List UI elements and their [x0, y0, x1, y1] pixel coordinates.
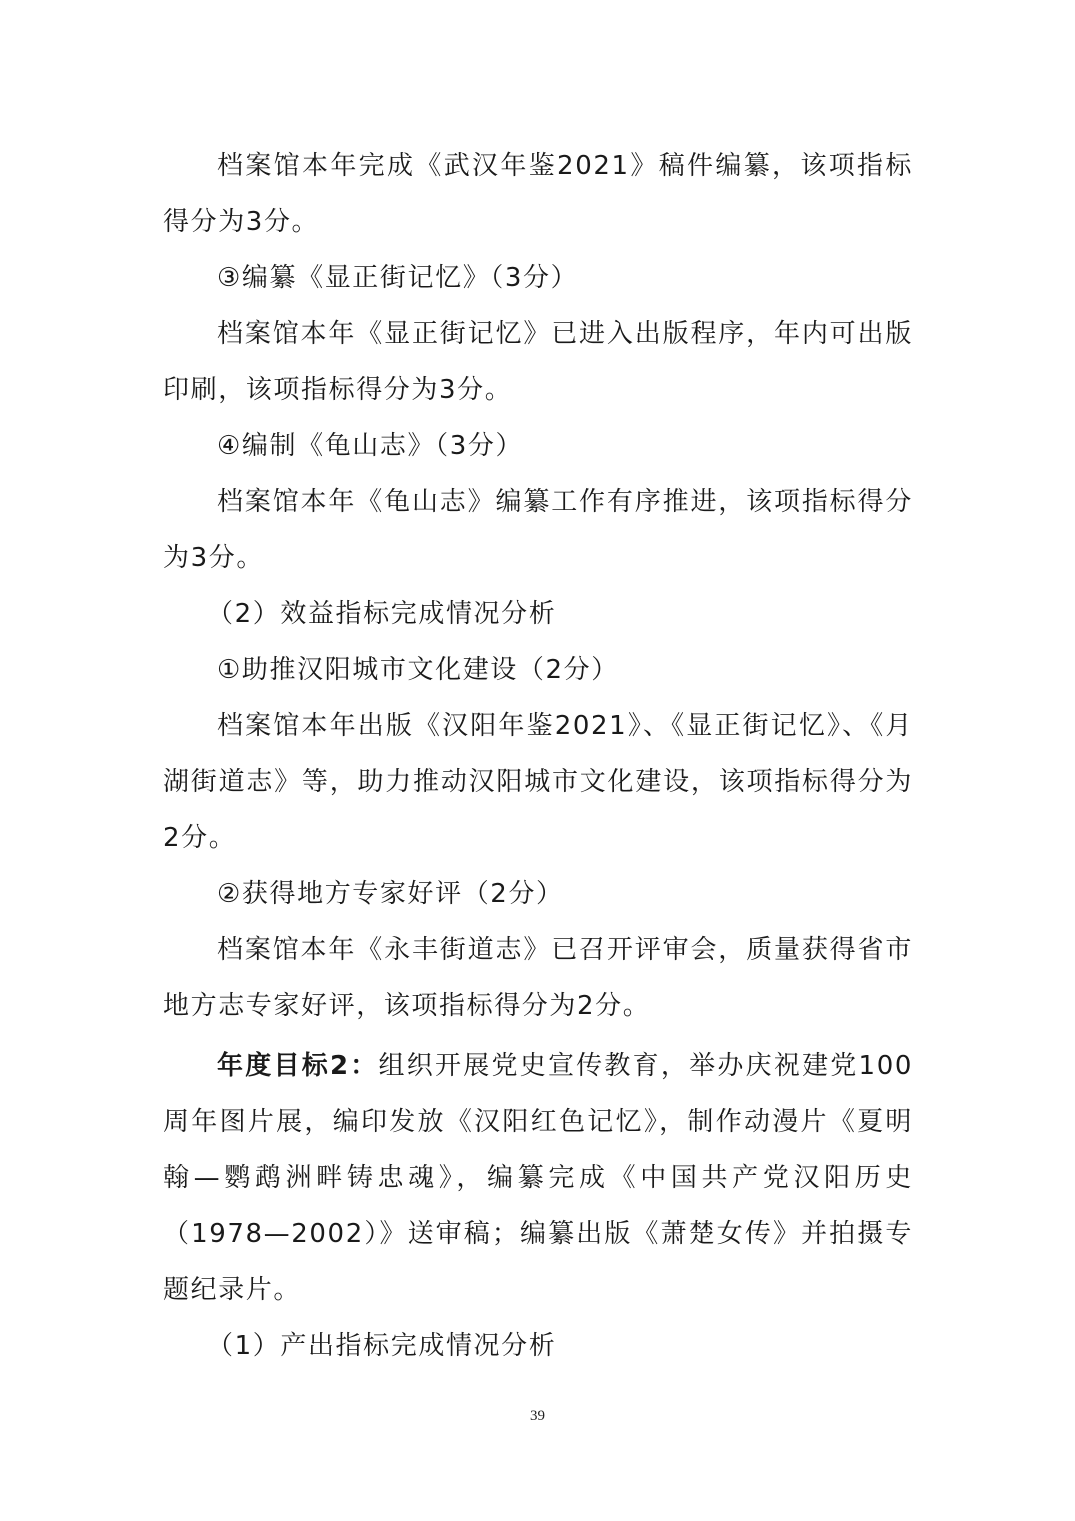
- section-heading-benefit-indicators: （2）效益指标完成情况分析: [163, 586, 913, 642]
- item-heading-xianzhengjie-memory: ③编纂《显正街记忆》（3分）: [163, 250, 913, 306]
- paragraph-xianzhengjie-memory-score: 档案馆本年《显正街记忆》已进入出版程序，年内可出版印刷，该项指标得分为3分。: [163, 306, 913, 418]
- paragraph-guishan-chronicle-score: 档案馆本年《龟山志》编纂工作有序推进，该项指标得分为3分。: [163, 474, 913, 586]
- section-heading-output-indicators: （1）产出指标完成情况分析: [163, 1318, 913, 1374]
- page-number: 39: [0, 1408, 1075, 1425]
- paragraph-wuhan-yearbook-score: 档案馆本年完成《武汉年鉴2021》稿件编纂，该项指标得分为3分。: [163, 138, 913, 250]
- paragraph-urban-culture-score: 档案馆本年出版《汉阳年鉴2021》、《显正街记忆》、《月湖街道志》等，助力推动汉…: [163, 698, 913, 866]
- annual-goal-label: 年度目标2：: [217, 1051, 379, 1081]
- item-heading-expert-praise: ②获得地方专家好评（2分）: [163, 866, 913, 922]
- annual-goal-text: 组织开展党史宣传教育，举办庆祝建党100周年图片展，编印发放《汉阳红色记忆》，制…: [163, 1051, 913, 1305]
- paragraph-annual-goal-2: 年度目标2：组织开展党史宣传教育，举办庆祝建党100周年图片展，编印发放《汉阳红…: [163, 1038, 913, 1318]
- document-page: 档案馆本年完成《武汉年鉴2021》稿件编纂，该项指标得分为3分。 ③编纂《显正街…: [163, 138, 913, 1374]
- item-heading-urban-culture: ①助推汉阳城市文化建设（2分）: [163, 642, 913, 698]
- paragraph-expert-praise-score: 档案馆本年《永丰街道志》已召开评审会，质量获得省市地方志专家好评，该项指标得分为…: [163, 922, 913, 1034]
- item-heading-guishan-chronicle: ④编制《龟山志》（3分）: [163, 418, 913, 474]
